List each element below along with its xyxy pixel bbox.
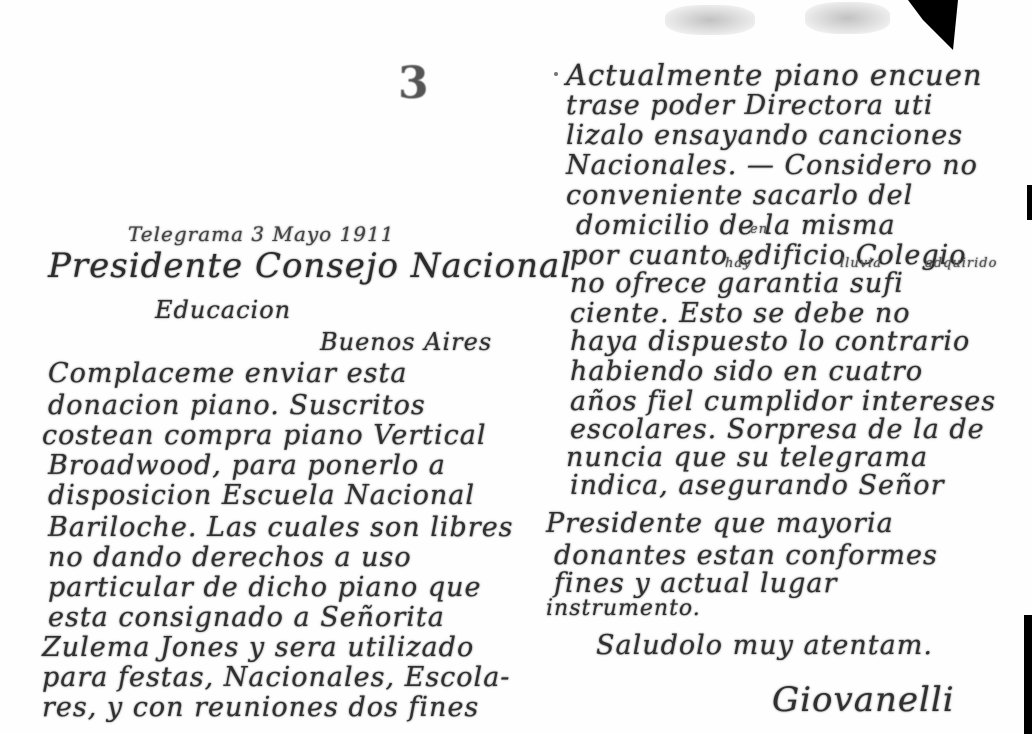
body-line: por cuanto edificio Colegio: [570, 240, 967, 271]
telegram-date-header: Telegrama 3 Mayo 1911: [128, 222, 394, 246]
body-line: lizalo ensayando canciones: [566, 120, 963, 151]
body-line: Nacionales. — Considero no: [566, 150, 978, 181]
closing-salutation: Saludolo muy atentam.: [596, 630, 933, 661]
interlinear-insert: en: [750, 222, 768, 237]
body-line: escolares. Sorpresa de la de: [570, 414, 985, 445]
body-line: Actualmente piano encuen: [566, 58, 983, 92]
right-column: Actualmente piano encuen trase poder Dir…: [540, 0, 1032, 734]
body-line: haya dispuesto lo contrario: [570, 326, 970, 357]
place-name: Buenos Aires: [320, 328, 492, 356]
scanned-telegram-page: 3 Telegrama 3 Mayo 1911 Presidente Conse…: [0, 0, 1032, 734]
body-line: no ofrece garantia sufi: [570, 268, 904, 299]
body-line: instrumento.: [546, 596, 701, 621]
body-line: Bariloche. Las cuales son libres: [48, 512, 514, 543]
body-line: particular de dicho piano que: [48, 572, 482, 603]
body-line: donacion piano. Suscritos: [48, 390, 426, 421]
body-line: habiendo sido en cuatro: [570, 356, 923, 387]
body-line: Broadwood, para ponerlo a: [48, 450, 446, 481]
body-line: Zulema Jones y sera utilizado: [42, 632, 474, 663]
body-line: años fiel cumplidor intereses: [570, 386, 996, 417]
body-line: indica, asegurando Señor: [570, 470, 944, 501]
body-line: Complaceme enviar esta: [48, 358, 407, 389]
body-line: esta consignado a Señorita: [48, 602, 445, 633]
body-line: res, y con reuniones dos fines: [42, 692, 479, 723]
body-line: nuncia que su telegrama: [566, 442, 928, 473]
addressee-title: Presidente Consejo Nacional: [48, 246, 572, 286]
interlinear-insert: adquirido: [925, 256, 997, 271]
body-line: conveniente sacarlo del: [566, 180, 913, 211]
body-line: donantes estan conformes: [554, 540, 938, 571]
body-line: costean compra piano Vertical: [42, 420, 486, 451]
body-line: fines y actual lugar: [554, 568, 837, 599]
body-line: disposicion Escuela Nacional: [48, 480, 475, 511]
body-line: domicilio de la misma: [576, 210, 896, 241]
addressee-title-cont: Educacion: [155, 296, 291, 324]
margin-dot: [554, 72, 558, 76]
body-line: Presidente que mayoria: [546, 508, 894, 539]
body-line: no dando derechos a uso: [48, 542, 412, 573]
body-line: para festas, Nacionales, Escola-: [42, 662, 510, 693]
body-line: ciente. Esto se debe no: [570, 298, 911, 329]
body-line: trase poder Directora uti: [566, 90, 933, 121]
left-column: Telegrama 3 Mayo 1911 Presidente Consejo…: [0, 0, 520, 734]
signature: Giovanelli: [772, 680, 955, 720]
